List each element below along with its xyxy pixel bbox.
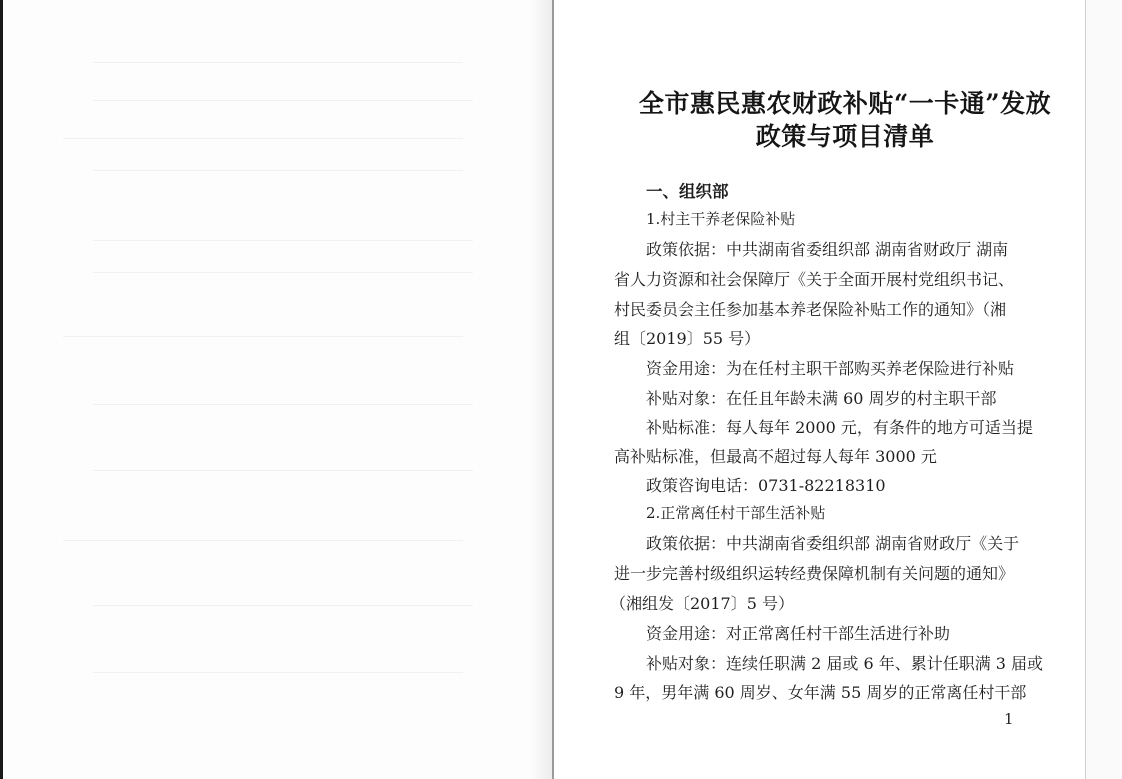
policy-hotline: 政策咨询电话：0731-82218310 (646, 473, 886, 496)
policy-basis: 政策依据：中共湖南省委组织部 湖南省财政厅 湖南 (646, 237, 1008, 260)
bleed-through-line (93, 272, 473, 273)
policy-basis-cont: 省人力资源和社会保障厅《关于全面开展村党组织书记、 (614, 267, 1014, 290)
subsidy-standard-cont: 高补贴标准，但最高不超过每人每年 3000 元 (614, 444, 937, 467)
bleed-through-line (93, 100, 473, 101)
page-number: 1 (1004, 710, 1014, 728)
document-title-line1: 全市惠民惠农财政补贴“一卡通”发放 (610, 84, 1080, 120)
item-title: 1.村主干养老保险补贴 (646, 208, 795, 229)
policy-basis: 政策依据：中共湖南省委组织部 湖南省财政厅《关于 (646, 531, 1019, 554)
policy-basis-cont: 组〔2019〕55 号） (614, 326, 760, 349)
bleed-through-line (93, 62, 463, 63)
scan-margin (1086, 0, 1122, 779)
bleed-through-line (63, 138, 463, 139)
bleed-through-line (63, 540, 463, 541)
bleed-through-line (93, 170, 463, 171)
subsidy-target: 补贴对象：在任且年龄未满 60 周岁的村主职干部 (646, 386, 997, 409)
right-page: 全市惠民惠农财政补贴“一卡通”发放 政策与项目清单 一、组织部 1.村主干养老保… (554, 0, 1084, 779)
document-title-line2: 政策与项目清单 (610, 117, 1080, 153)
fund-use: 资金用途：为在任村主职干部购买养老保险进行补贴 (646, 356, 1014, 379)
policy-basis-cont: 村民委员会主任参加基本养老保险补贴工作的通知》（湘 (614, 297, 1006, 320)
section-heading: 一、组织部 (646, 178, 729, 202)
fund-use: 资金用途：对正常离任村干部生活进行补助 (646, 621, 950, 644)
subsidy-target: 补贴对象：连续任职满 2 届或 6 年、累计任职满 3 届或 (646, 651, 1043, 674)
item-title: 2.正常离任村干部生活补贴 (646, 502, 825, 523)
policy-basis-cont: 进一步完善村级组织运转经费保障机制有关问题的通知》 (614, 561, 1014, 584)
left-page-blank (3, 0, 553, 779)
subsidy-standard: 补贴标准：每人每年 2000 元，有条件的地方可适当提 (646, 415, 1033, 438)
bleed-through-line (93, 672, 463, 673)
book-spine-shadow (530, 0, 554, 779)
bleed-through-line (63, 336, 463, 337)
bleed-through-line (93, 404, 473, 405)
bleed-through-line (93, 470, 473, 471)
bleed-through-line (93, 240, 473, 241)
subsidy-target-cont: 9 年，男年满 60 周岁、女年满 55 周岁的正常离任村干部 (614, 680, 1026, 703)
policy-basis-cont: （湘组发〔2017〕5 号） (610, 591, 794, 614)
bleed-through-line (93, 605, 473, 606)
